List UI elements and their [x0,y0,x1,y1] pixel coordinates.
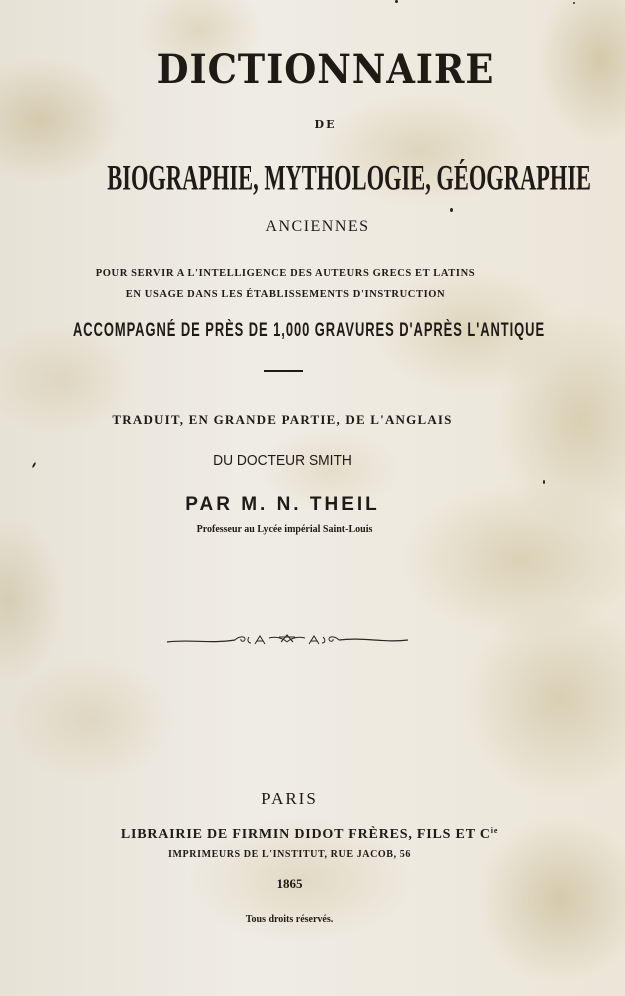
vine-ornament-icon [165,630,410,650]
publication-year: 1865 [0,876,602,892]
ink-speck [450,208,453,212]
imprint-publisher: LIBRAIRIE DE FIRMIN DIDOT FRÈRES, FILS E… [0,826,622,843]
translator-title: Professeur au Lycée impérial Saint-Louis [0,524,597,535]
subject-qualifier: ANCIENNES [5,218,625,236]
translation-note: TRADUIT, EN GRANDE PARTIE, DE L'ANGLAIS [0,412,595,428]
ink-speck [395,0,398,3]
publisher-name: LIBRAIRIE DE FIRMIN DIDOT FRÈRES, FILS E… [121,827,491,842]
ink-speck [573,2,575,4]
imprint-city: PARIS [0,789,602,809]
rights-notice: Tous droits réservés. [0,914,602,925]
translator-name: PAR M. N. THEIL [0,494,595,516]
imprint-printer: IMPRIMEURS DE L'INSTITUT, RUE JACOB, 56 [0,849,602,860]
book-title: DICTIONNAIRE [38,46,613,93]
book-subjects: BIOGRAPHIE, MYTHOLOGIE, GÉOGRAPHIE [107,159,520,199]
publisher-suffix: ie [491,826,498,835]
engravings-note: ACCOMPAGNÉ DE PRÈS DE 1,000 GRAVURES D'A… [73,320,498,342]
title-connector: DE [13,118,625,131]
purpose-line-2: EN USAGE DANS LES ÉTABLISSEMENTS D'INSTR… [0,289,598,300]
ink-speck [543,480,545,484]
purpose-line-1: POUR SERVIR A L'INTELLIGENCE DES AUTEURS… [0,268,598,279]
section-divider [264,370,303,372]
original-author: DU DOCTEUR SMITH [0,452,570,469]
aged-paper-page: DICTIONNAIRE DE BIOGRAPHIE, MYTHOLOGIE, … [0,0,625,996]
